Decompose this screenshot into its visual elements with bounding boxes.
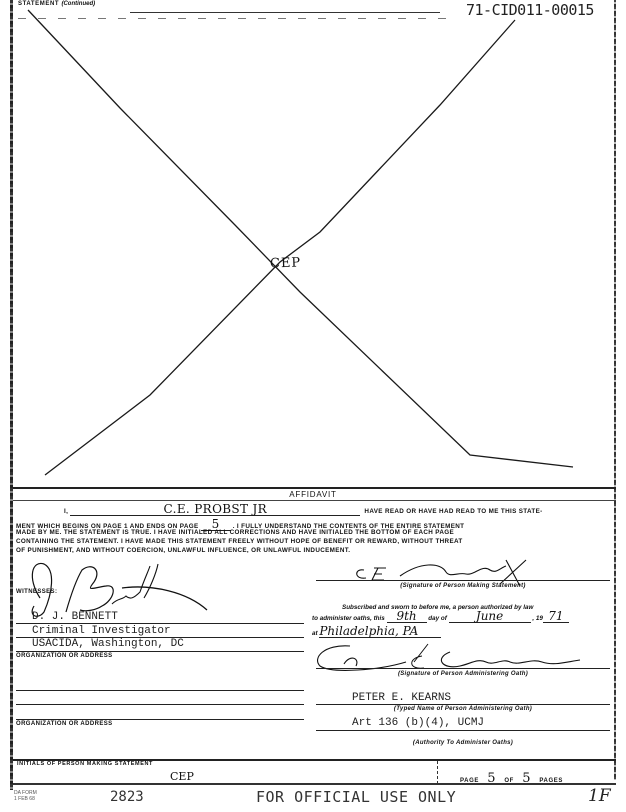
pages-label: PAGES [539,778,563,784]
affidavit-title: AFFIDAVIT [0,490,626,499]
sworn-line-1: Subscribed and sworn to before me, a per… [342,604,533,611]
authority-field[interactable]: Art 136 (b)(4), UCMJ [352,717,484,729]
authority-rule [316,730,610,731]
cancellation-x-mark [0,0,626,490]
witnesses-label: WITNESSES: [16,589,57,595]
witness1-name[interactable]: D. J. BENNETT [32,611,118,623]
cancellation-initials: CEP [270,255,302,271]
witness2-org-rule [16,719,304,720]
at-label: at [312,630,318,637]
of-label: OF [504,778,514,784]
administrator-signature-caption: (Signature of Person Administering Oath) [316,671,610,677]
affidavit-intro: I, [64,508,68,515]
affidavit-line-1: I, C.E. PROBST JR HAVE READ OR HAVE HAD … [64,504,543,516]
affidavit-line-5: OF PUNISHMENT, AND WITHOUT COERCION, UNL… [16,547,350,554]
witness1-org-label: ORGANIZATION OR ADDRESS [16,653,113,659]
affidavit-title-rule [13,500,616,501]
form-code: 2823 [110,789,144,805]
witness1-org-rule [16,651,304,652]
statement-page: STATEMENT (Continued) 71-CID011-00015 CE… [0,0,626,812]
year-prefix: , 19 [532,615,543,622]
handwritten-mark: 1F [588,786,611,806]
administrator-name-caption: (Typed Name of Person Administering Oath… [316,706,610,712]
form-number: DA FORM 1 FEB 68 [14,790,37,802]
page-label: PAGE [460,778,479,784]
oath-location-field[interactable]: Philadelphia, PA [319,626,441,638]
witness1-title[interactable]: Criminal Investigator [32,625,171,637]
sworn-line-2: to administer oaths, this 9th day of Jun… [312,611,569,623]
page-count: PAGE 5 OF 5 PAGES [460,771,563,786]
oath-day-field[interactable]: 9th [387,611,427,623]
day-of-label: day of [428,615,447,622]
oath-month-field[interactable]: June [449,611,531,623]
affidavit-line-4: CONTAINING THE STATEMENT. I HAVE MADE TH… [16,538,463,545]
sworn-line2-head: to administer oaths, this [312,615,385,622]
initials-page-divider [437,761,438,783]
witness2-title-rule [16,704,304,705]
affidavit-line1-text: HAVE READ OR HAVE HAD READ TO ME THIS ST… [364,508,542,515]
initials-label: INITIALS OF PERSON MAKING STATEMENT [17,761,153,767]
page-number-field[interactable]: 5 [481,771,502,786]
affidavit-line-3: MADE BY ME. THE STATEMENT IS TRUE. I HAV… [16,529,454,536]
witness2-name-rule [16,690,304,691]
affiant-name-field[interactable]: C.E. PROBST JR [70,504,360,516]
form-number-line2: 1 FEB 68 [14,796,37,802]
witness1-organization[interactable]: USACIDA, Washington, DC [32,638,184,650]
administrator-signature-rule [316,668,610,669]
witness1-name-rule [16,623,304,624]
sworn-location-line: at Philadelphia, PA [312,626,441,638]
fouo-marking: FOR OFFICIAL USE ONLY [256,788,456,806]
affidavit-top-rule [13,487,616,489]
witness2-org-label: ORGANIZATION OR ADDRESS [16,721,113,727]
initials-field[interactable]: CEP [170,770,194,783]
authority-caption: (Authority To Administer Oaths) [316,740,610,746]
oath-year-field[interactable]: 71 [543,611,569,623]
administrator-name-rule [316,704,610,705]
maker-signature-caption: (Signature of Person Making Statement) [316,583,610,589]
maker-signature-rule [316,580,610,581]
administrator-name[interactable]: PETER E. KEARNS [352,692,451,704]
total-pages-field[interactable]: 5 [516,771,537,786]
